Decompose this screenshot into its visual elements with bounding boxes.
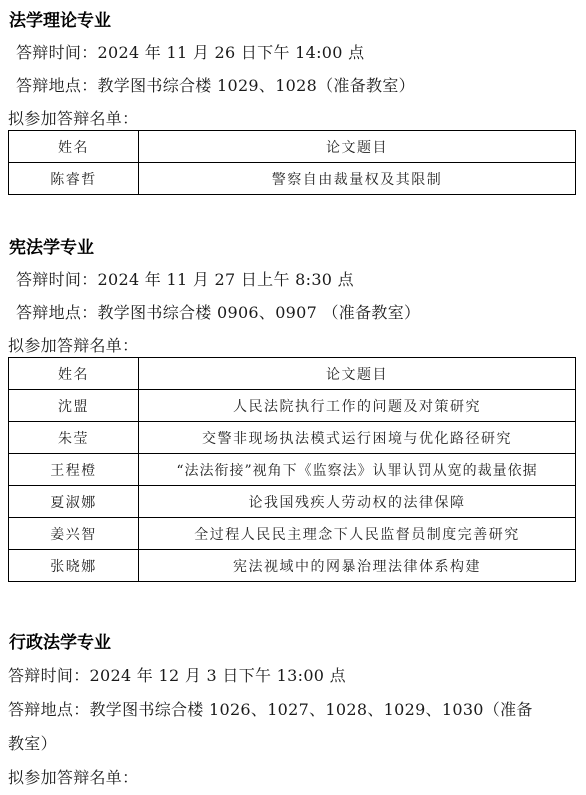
roster-label: 拟参加答辩名单： bbox=[8, 765, 138, 788]
roster-table-constitutional-law: 姓名 论文题目 沈盟 人民法院执行工作的问题及对策研究 朱莹 交警非现场执法模式… bbox=[8, 357, 576, 582]
thesis-title: “法法衔接”视角下《监察法》认罪认罚从宽的裁量依据 bbox=[139, 454, 576, 486]
thesis-title: 论我国残疾人劳动权的法律保障 bbox=[139, 486, 576, 518]
table-row: 陈睿哲 警察自由裁量权及其限制 bbox=[9, 163, 576, 195]
student-name: 沈盟 bbox=[9, 390, 139, 422]
student-name: 夏淑娜 bbox=[9, 486, 139, 518]
defense-time: 答辩时间：2024 年 11 月 26 日下午 14:00 点 bbox=[16, 40, 364, 63]
table-row: 张晓娜 宪法视域中的网暴治理法律体系构建 bbox=[9, 550, 576, 582]
defense-location: 答辩地点：教学图书综合楼 0906、0907 （准备教室） bbox=[16, 300, 420, 323]
defense-location-continued: 教室） bbox=[8, 731, 57, 754]
defense-time: 答辩时间：2024 年 11 月 27 日上午 8:30 点 bbox=[16, 267, 354, 290]
table-header-row: 姓名 论文题目 bbox=[9, 358, 576, 390]
table-row: 夏淑娜 论我国残疾人劳动权的法律保障 bbox=[9, 486, 576, 518]
thesis-title: 全过程人民民主理念下人民监督员制度完善研究 bbox=[139, 518, 576, 550]
table-row: 沈盟 人民法院执行工作的问题及对策研究 bbox=[9, 390, 576, 422]
student-name: 张晓娜 bbox=[9, 550, 139, 582]
roster-label: 拟参加答辩名单： bbox=[8, 333, 138, 356]
student-name: 朱莹 bbox=[9, 422, 139, 454]
header-thesis-title: 论文题目 bbox=[139, 131, 576, 163]
header-thesis-title: 论文题目 bbox=[139, 358, 576, 390]
thesis-title: 人民法院执行工作的问题及对策研究 bbox=[139, 390, 576, 422]
defense-time: 答辩时间：2024 年 12 月 3 日下午 13:00 点 bbox=[8, 663, 346, 686]
defense-location: 答辩地点：教学图书综合楼 1026、1027、1028、1029、1030（准备 bbox=[8, 697, 533, 720]
section-title-administrative-law: 行政法学专业 bbox=[9, 628, 111, 653]
section-title-constitutional-law: 宪法学专业 bbox=[9, 233, 94, 258]
table-row: 朱莹 交警非现场执法模式运行困境与优化路径研究 bbox=[9, 422, 576, 454]
student-name: 陈睿哲 bbox=[9, 163, 139, 195]
roster-table-legal-theory: 姓名 论文题目 陈睿哲 警察自由裁量权及其限制 bbox=[8, 130, 576, 195]
header-name: 姓名 bbox=[9, 358, 139, 390]
defense-location: 答辩地点：教学图书综合楼 1029、1028（准备教室） bbox=[16, 73, 415, 96]
student-name: 姜兴智 bbox=[9, 518, 139, 550]
table-row: 姜兴智 全过程人民民主理念下人民监督员制度完善研究 bbox=[9, 518, 576, 550]
table-header-row: 姓名 论文题目 bbox=[9, 131, 576, 163]
roster-label: 拟参加答辩名单： bbox=[8, 106, 138, 129]
student-name: 王程橙 bbox=[9, 454, 139, 486]
thesis-title: 宪法视域中的网暴治理法律体系构建 bbox=[139, 550, 576, 582]
table-row: 王程橙 “法法衔接”视角下《监察法》认罪认罚从宽的裁量依据 bbox=[9, 454, 576, 486]
thesis-title: 交警非现场执法模式运行困境与优化路径研究 bbox=[139, 422, 576, 454]
header-name: 姓名 bbox=[9, 131, 139, 163]
section-title-legal-theory: 法学理论专业 bbox=[9, 6, 111, 31]
thesis-title: 警察自由裁量权及其限制 bbox=[139, 163, 576, 195]
